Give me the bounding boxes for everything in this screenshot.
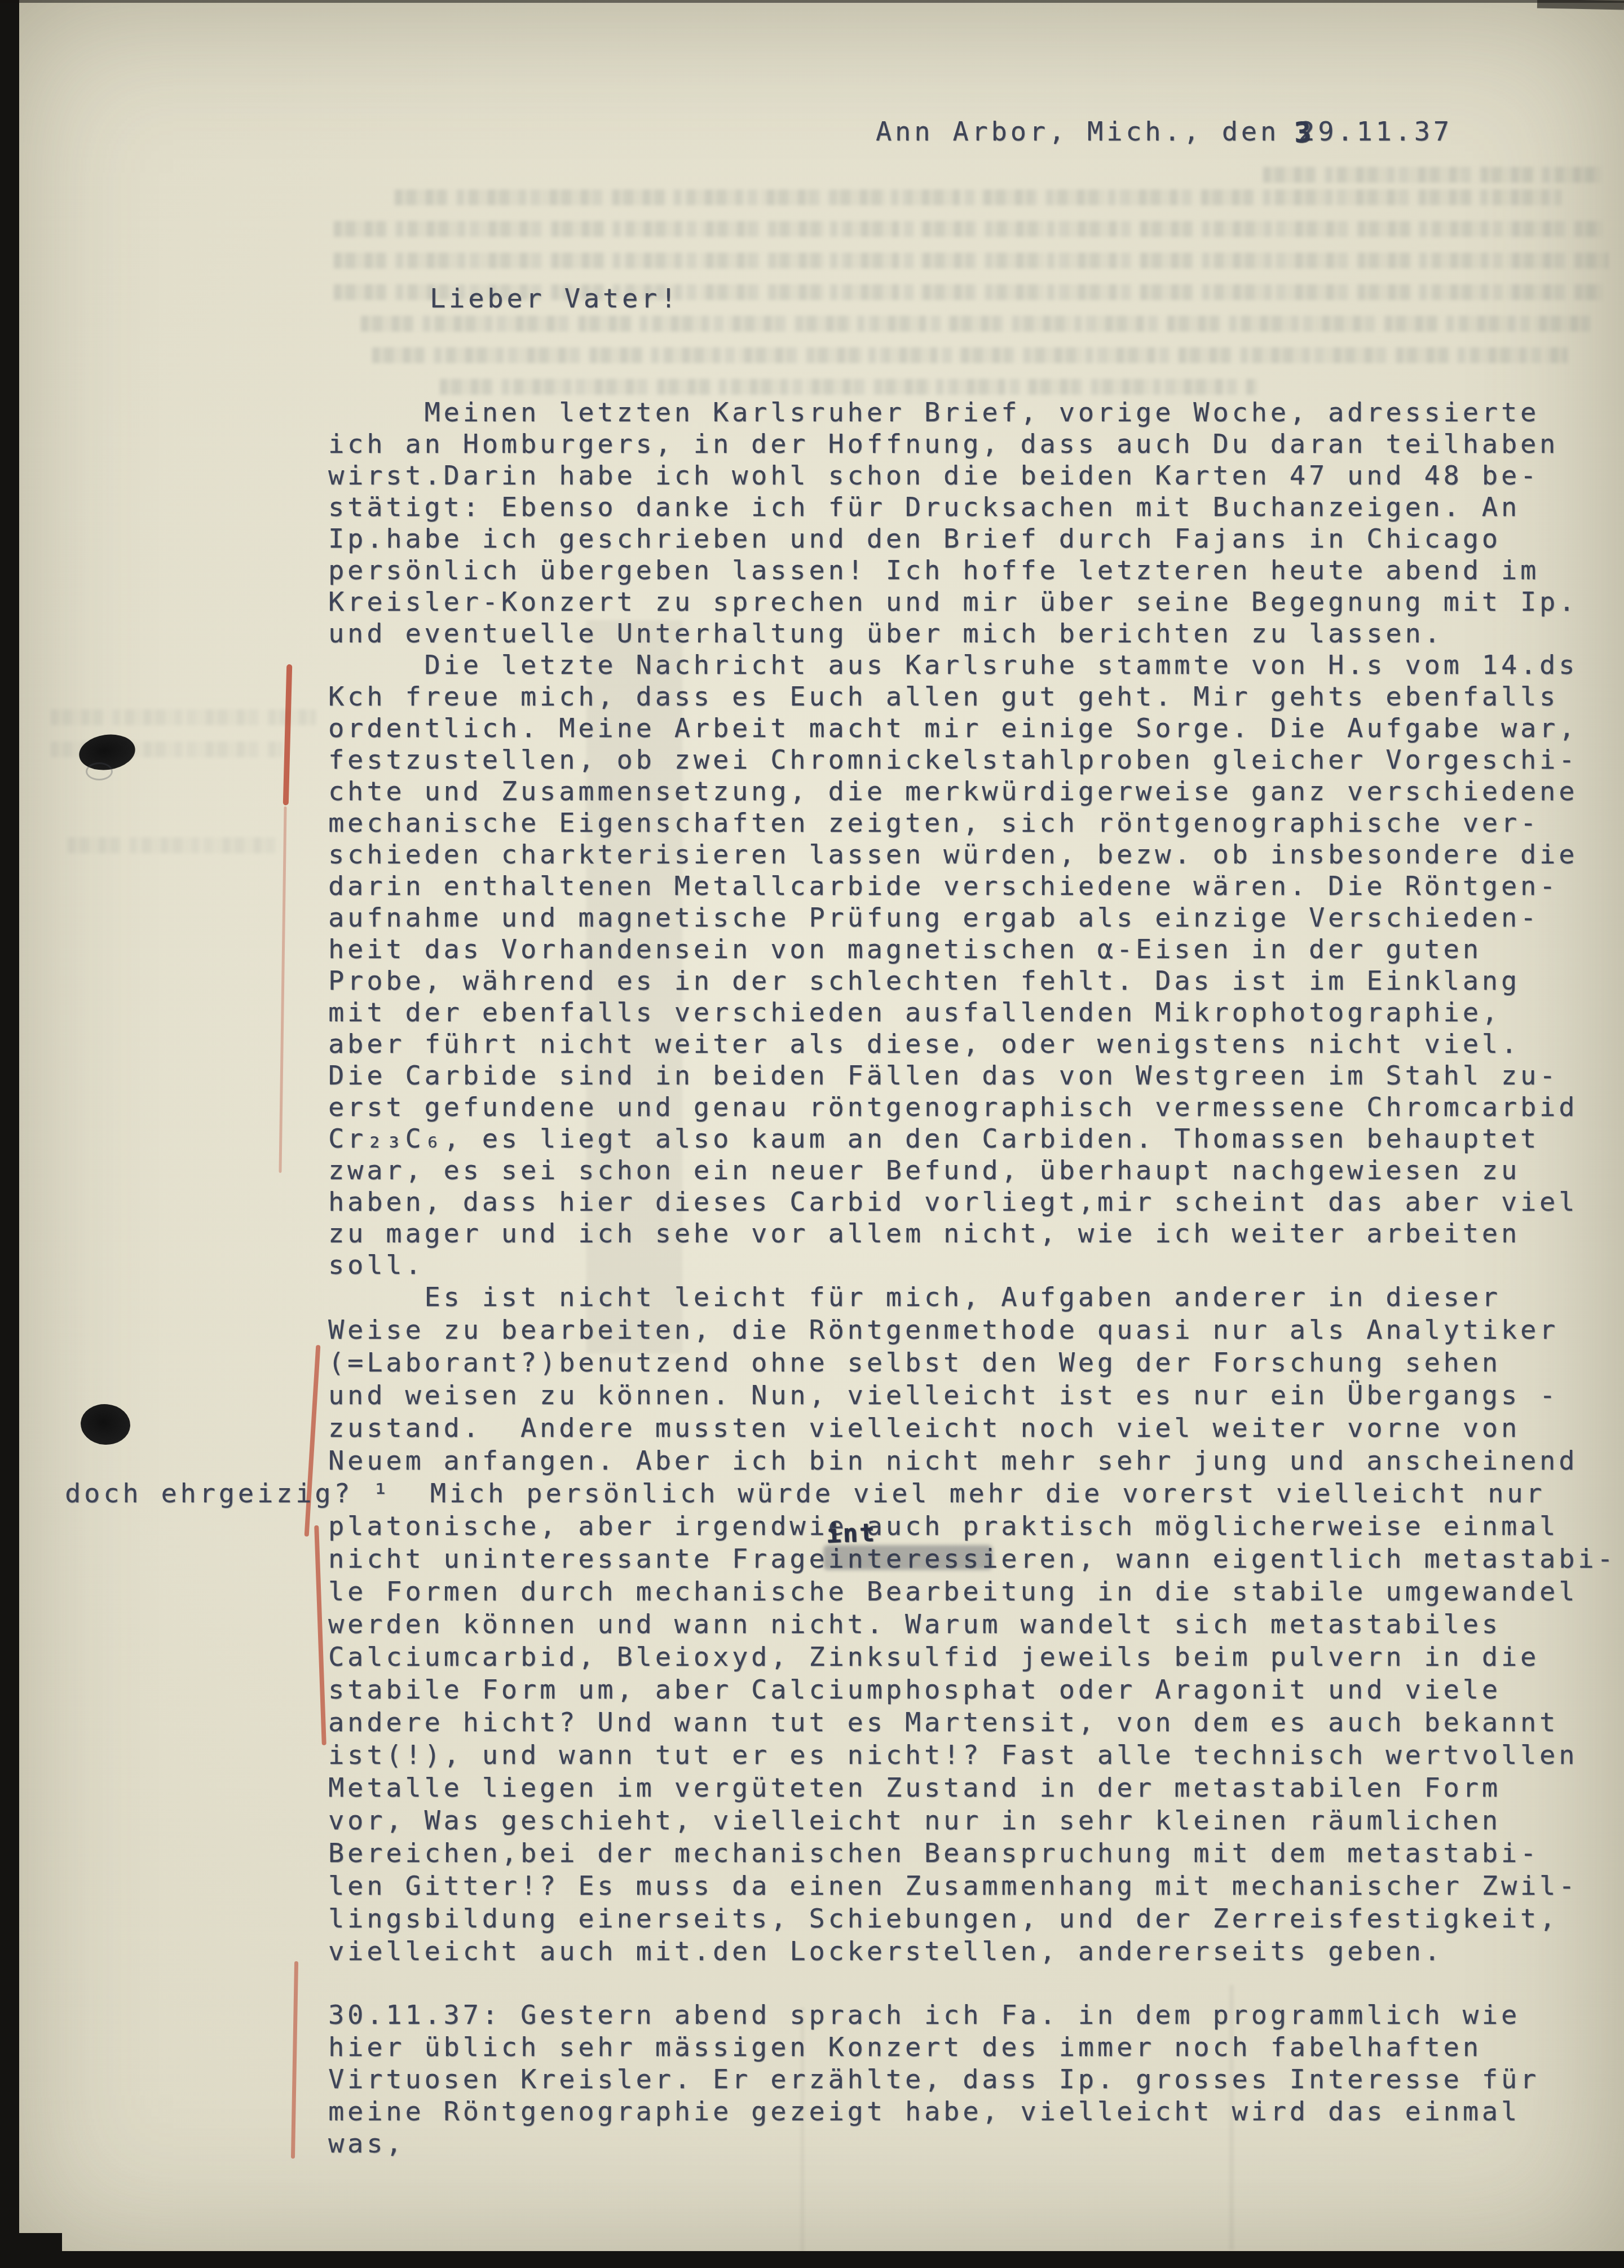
letter-line: Probe, während es in der schlechten fehl… [328,965,1578,997]
letter-line: haben, dass hier dieses Carbid vorliegt,… [328,1186,1578,1218]
letter-line: Weise zu bearbeiten, die Röntgenmethode … [328,1314,1616,1347]
bleedthrough-ghost-row [68,837,282,853]
letter-line: vielleicht auch mit.den Lockerstellen, a… [328,1935,1616,1968]
letter-line: was, [328,2128,1539,2160]
scan-edge-top [0,0,1624,3]
letter-line: doch ehrgeizig? ¹ Mich persönlich würde … [65,1477,1616,1510]
letter-line: chte und Zusammensetzung, die merkwürdig… [328,776,1578,808]
letter-line: Ip.habe ich geschrieben und den Brief du… [328,523,1578,555]
letter-line: erst gefundene und genau röntgenographis… [328,1092,1578,1123]
letter-line: aber führt nicht weiter als diese, oder … [328,1029,1578,1060]
letter-line: len Gitter!? Es muss da einen Zusammenha… [328,1870,1616,1903]
letter-line: Kreisler-Konzert zu sprechen und mir übe… [328,586,1578,618]
letter-line: ist(!), und wann tut er es nicht!? Fast … [328,1739,1616,1772]
letter-line: schieden charkterisieren lassen würden, … [328,839,1578,871]
bleedthrough-ghost-row [334,253,1608,268]
letter-line: aufnahme und magnetische Prüfung ergab a… [328,902,1578,934]
red-pencil-mark-1 [283,664,293,805]
letter-line: ordentlich. Meine Arbeit macht mir einig… [328,713,1578,744]
letter-line: le Formen durch mechanische Bearbeitung … [328,1576,1616,1608]
letter-line: Es ist nicht leicht für mich, Aufgaben a… [328,1281,1616,1314]
ink-blot-2 [79,1402,132,1446]
letter-line: zustand. Andere mussten vielleicht noch … [328,1412,1616,1445]
letter-line: Kch freue mich, dass es Euch allen gut g… [328,681,1578,713]
letter-line: ich an Homburgers, in der Hoffnung, dass… [328,429,1578,460]
body-block-1: Meinen letzten Karlsruher Brief, vorige … [328,397,1578,1281]
letter-line: Virtuosen Kreisler. Er erzählte, dass Ip… [328,2063,1539,2095]
salutation: Lieber Vater! [430,283,679,314]
dateline: Ann Arbor, Mich., den 29.11.37 [876,116,1453,147]
letter-line: wirst.Darin habe ich wohl schon die beid… [328,460,1578,492]
letter-line: persönlich übergeben lassen! Ich hoffe l… [328,555,1578,586]
letter-line: stätigt: Ebenso danke ich für Drucksache… [328,492,1578,523]
letter-line: vor, Was geschieht, vielleicht nur in se… [328,1804,1616,1837]
letter-line: soll. [328,1250,1578,1281]
scan-edge-bottom-left [0,2233,62,2268]
letter-line: meine Röntgenographie gezeigt habe, viel… [328,2095,1539,2128]
letter-line: Die Carbide sind in beiden Fällen das vo… [328,1060,1578,1092]
red-pencil-mark-3 [291,1961,298,2159]
letter-line: lingsbildung einerseits, Schiebungen, un… [328,1903,1616,1935]
letter-line: Meinen letzten Karlsruher Brief, vorige … [328,397,1578,429]
letter-line: Cr₂₃C₆, es liegt also kaum an den Carbid… [328,1123,1578,1155]
red-pencil-mark-1b [279,806,286,1173]
red-pencil-mark-2b [314,1525,326,1745]
letter-line: heit das Vorhandensein von magnetischen … [328,934,1578,965]
overtype-smudge [823,1545,992,1570]
overtype-insert: int [826,1518,876,1548]
letter-page: Ann Arbor, Mich., den 29.11.37 3 Lieber … [0,0,1624,2268]
letter-line: Bereichen,bei der mechanischen Beanspruc… [328,1837,1616,1870]
letter-line: andere hicht? Und wann tut es Martensit,… [328,1706,1616,1739]
ink-blot-1-ring [86,762,113,780]
body-block-2: Es ist nicht leicht für mich, Aufgaben a… [328,1281,1616,1968]
letter-line: hier üblich sehr mässigen Konzert des im… [328,2031,1539,2063]
letter-line: festzustellen, ob zwei Chromnickelstahlp… [328,744,1578,776]
letter-line: und eventuelle Unterhaltung über mich be… [328,618,1578,650]
body-block-3: 30.11.37: Gestern abend sprach ich Fa. i… [328,1999,1539,2160]
letter-line: Metalle liegen im vergüteten Zustand in … [328,1772,1616,1804]
letter-line: platonische, aber irgendwie auch praktis… [328,1510,1616,1543]
bleedthrough-ghost-row [395,189,1562,205]
bleedthrough-ghost-row [334,221,1603,237]
letter-line: mechanische Eigenschaften zeigten, sich … [328,808,1578,839]
bleedthrough-ghost-row [372,347,1568,363]
letter-line: zwar, es sei schon ein neuer Befund, übe… [328,1155,1578,1186]
letter-line: darin enthaltenen Metallcarbide verschie… [328,871,1578,902]
letter-line: (=Laborant?)benutzend ohne selbst den We… [328,1347,1616,1379]
letter-line: stabile Form um, aber Calciumphosphat od… [328,1674,1616,1706]
letter-line: und weisen zu können. Nun, vielleicht is… [328,1379,1616,1412]
letter-line: Neuem anfangen. Aber ich bin nicht mehr … [328,1445,1616,1477]
letter-line: Die letzte Nachricht aus Karlsruhe stamm… [328,650,1578,681]
letter-line: werden können und wann nicht. Warum wand… [328,1608,1616,1641]
bleedthrough-ghost-row [51,709,316,725]
letter-line: Calciumcarbid, Bleioxyd, Zinksulfid jewe… [328,1641,1616,1674]
scan-corner-top-right [1537,0,1624,10]
letter-line: zu mager und ich sehe vor allem nicht, w… [328,1218,1578,1250]
bleedthrough-ghost-row [1263,167,1601,183]
bleedthrough-ghost-row [440,379,1257,395]
scan-edge-bottom [0,2251,1624,2268]
scan-edge-left [0,0,19,2268]
bleedthrough-ghost-row [361,316,1590,332]
letter-line: 30.11.37: Gestern abend sprach ich Fa. i… [328,1999,1539,2031]
date-overstrike-digit: 3 [1294,116,1315,149]
letter-line: mit der ebenfalls verschieden ausfallend… [328,997,1578,1029]
